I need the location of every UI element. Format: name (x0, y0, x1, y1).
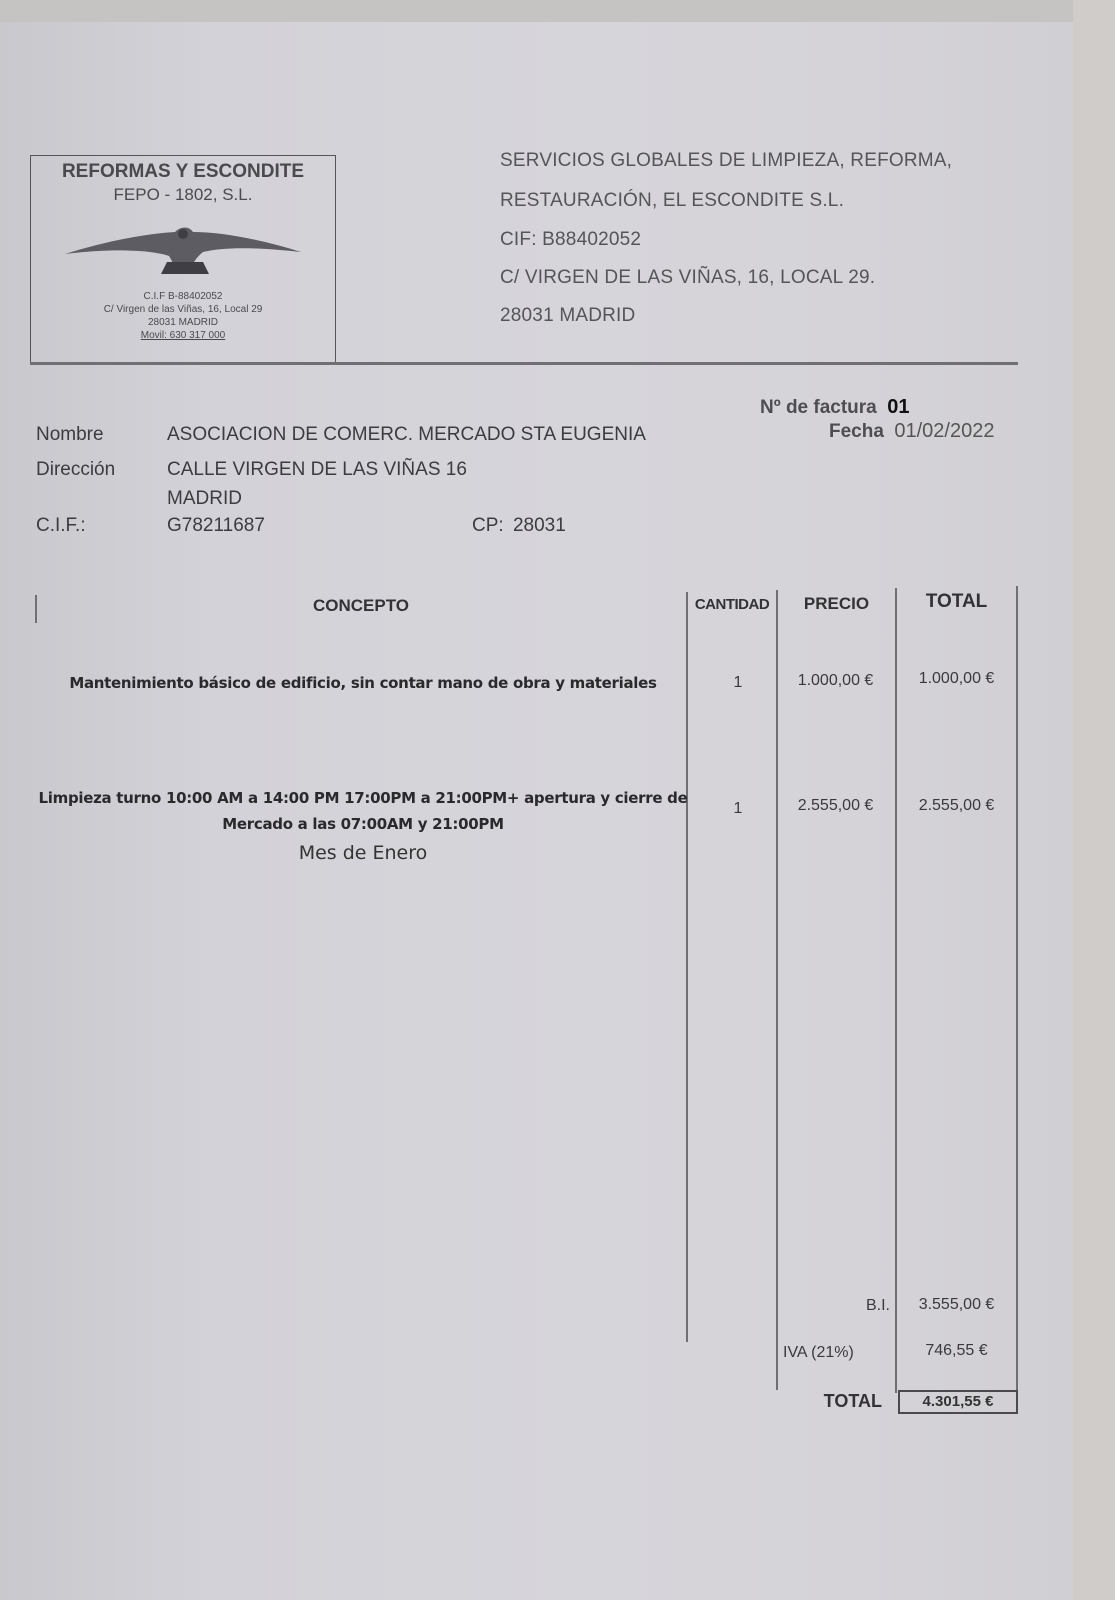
client-address-label: Dirección (36, 459, 115, 481)
row1-total: 1.000,00 € (897, 670, 1016, 688)
logo-city: 28031 MADRID (31, 316, 335, 329)
logo-title: REFORMAS Y ESCONDITE (31, 160, 335, 184)
table-col-divider (686, 592, 688, 1342)
invoice-date-label: Fecha (829, 421, 884, 442)
table-right-edge (1016, 586, 1018, 1391)
bi-value: 3.555,00 € (897, 1296, 1016, 1314)
client-cp-value: 28031 (513, 515, 566, 536)
invoice-number-row: Nº de factura 01 (760, 396, 909, 419)
client-address-line1: CALLE VIRGEN DE LAS VIÑAS 16 (167, 459, 467, 481)
issuer-line: SERVICIOS GLOBALES DE LIMPIEZA, REFORMA, (500, 150, 952, 172)
table-col-divider (895, 588, 897, 1393)
invoice-date: 01/02/2022 (894, 420, 994, 442)
client-name-label: Nombre (36, 424, 104, 446)
row1-precio: 1.000,00 € (778, 672, 893, 690)
client-cif: G78211687 (167, 515, 265, 537)
header-total: TOTAL (897, 591, 1016, 613)
bi-label: B.I. (780, 1297, 890, 1315)
table-col-divider (776, 590, 778, 1390)
total-value: 4.301,55 € (898, 1390, 1018, 1414)
client-name: ASOCIACION DE COMERC. MERCADO STA EUGENI… (167, 424, 646, 446)
invoice-number: 01 (887, 396, 909, 418)
header-concepto: CONCEPTO (36, 596, 686, 616)
client-cif-label: C.I.F.: (36, 515, 86, 537)
row2-concepto-line2: Mercado a las 07:00AM y 21:00PM (36, 815, 690, 833)
logo-subtitle: FEPO - 1802, S.L. (31, 184, 335, 206)
issuer-line: C/ VIRGEN DE LAS VIÑAS, 16, LOCAL 29. (500, 267, 875, 289)
client-address-line2: MADRID (167, 488, 242, 510)
row2-concepto-note: Mes de Enero (36, 842, 690, 864)
background-right (1073, 0, 1115, 1600)
row1-cantidad: 1 (688, 674, 788, 692)
invoice-date-row: Fecha 01/02/2022 (829, 420, 994, 443)
issuer-logo-box: REFORMAS Y ESCONDITE FEPO - 1802, S.L. C… (30, 155, 336, 363)
row2-total: 2.555,00 € (897, 797, 1016, 815)
row2-concepto-line1: Limpieza turno 10:00 AM a 14:00 PM 17:00… (36, 789, 690, 807)
logo-cif: C.I.F B-88402052 (31, 290, 335, 303)
issuer-line: CIF: B88402052 (500, 229, 641, 251)
header-divider (30, 362, 1018, 365)
header-precio: PRECIO (778, 594, 895, 614)
iva-label: IVA (21%) (783, 1344, 854, 1362)
issuer-line: 28031 MADRID (500, 305, 635, 327)
logo-address: C/ Virgen de las Viñas, 16, Local 29 (31, 303, 335, 316)
invoice-number-label: Nº de factura (760, 397, 877, 418)
row2-cantidad: 1 (688, 800, 788, 818)
client-cp: CP: 28031 (472, 515, 566, 537)
row2-precio: 2.555,00 € (778, 797, 893, 815)
logo-phone: Movil: 630 317 000 (31, 329, 335, 342)
row1-concepto: Mantenimiento básico de edificio, sin co… (40, 674, 686, 692)
iva-value: 746,55 € (897, 1342, 1016, 1360)
client-cp-label: CP: (472, 515, 504, 536)
header-cantidad: CANTIDAD (688, 596, 776, 613)
issuer-line: RESTAURACIÓN, EL ESCONDITE S.L. (500, 190, 844, 212)
eagle-icon (63, 212, 303, 282)
total-label: TOTAL (790, 1391, 882, 1412)
